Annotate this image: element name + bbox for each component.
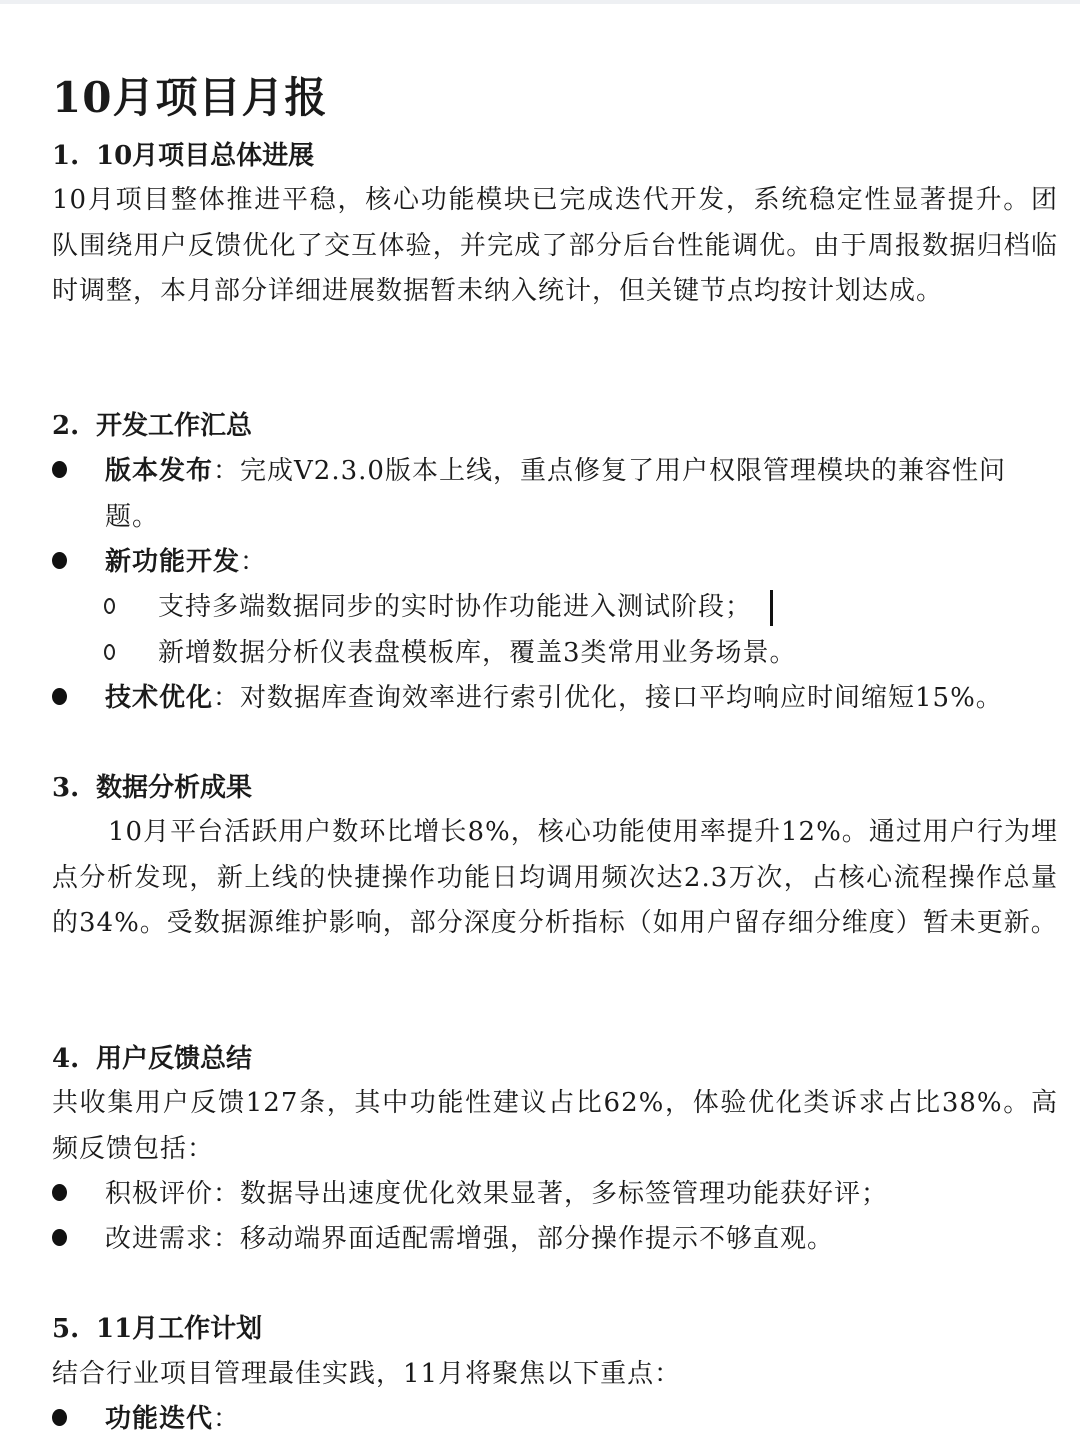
section-number: 3. [52, 768, 96, 808]
bullet-text: ： [240, 547, 267, 577]
hollow-bullet-icon [104, 644, 115, 660]
section-heading-5: 5.11月工作计划 [52, 1309, 262, 1349]
bullet-icon [52, 688, 67, 705]
sub-item-text: 支持多端数据同步的实时协作功能进入测试阶段； [158, 592, 752, 622]
text-cursor [770, 590, 773, 626]
list-item-tech-optimization: 技术优化：对数据库查询效率进行索引优化，接口平均响应时间缩短15%。 [52, 676, 1058, 721]
section-title: 用户反馈总结 [96, 1044, 252, 1074]
document-title: 10月项目月报 [52, 70, 327, 126]
section-heading-4: 4.用户反馈总结 [52, 1039, 252, 1079]
list-item-positive: 积极评价：数据导出速度优化效果显著，多标签管理功能获好评； [52, 1172, 1058, 1217]
bullet-icon [52, 1184, 67, 1201]
bullet-icon [52, 461, 67, 478]
bullet-text: ： [213, 1404, 240, 1434]
list-item-new-features: 新功能开发： [52, 540, 1058, 585]
section-heading-3: 3.数据分析成果 [52, 768, 252, 808]
sub-item-text: 新增数据分析仪表盘模板库，覆盖3类常用业务场景。 [158, 638, 797, 668]
bullet-icon [52, 552, 67, 569]
list-item-improvement: 改进需求：移动端界面适配需增强，部分操作提示不够直观。 [52, 1217, 1058, 1262]
section-heading-1: 1.10月项目总体进展 [52, 136, 314, 176]
bullet-icon [52, 1409, 67, 1426]
section-1-paragraph: 10月项目整体推进平稳，核心功能模块已完成迭代开发，系统稳定性显著提升。团队围绕… [52, 178, 1058, 315]
bullet-label: 技术优化 [105, 683, 213, 713]
section-title: 开发工作汇总 [96, 411, 252, 441]
bullet-text: ：对数据库查询效率进行索引优化，接口平均响应时间缩短15%。 [213, 683, 1003, 713]
section-4-paragraph: 共收集用户反馈127条，其中功能性建议占比62%，体验优化类诉求占比38%。高频… [52, 1081, 1058, 1172]
hollow-bullet-icon [104, 598, 115, 614]
sub-list-item: 支持多端数据同步的实时协作功能进入测试阶段； [104, 585, 1058, 630]
list-item-release: 版本发布：完成V2.3.0版本上线，重点修复了用户权限管理模块的兼容性问题。 [52, 449, 1058, 540]
section-5-paragraph: 结合行业项目管理最佳实践，11月将聚焦以下重点： [52, 1352, 1058, 1398]
section-number: 5. [52, 1309, 96, 1349]
bullet-label: 功能迭代 [105, 1404, 213, 1434]
bullet-icon [52, 1229, 67, 1246]
section-title: 数据分析成果 [96, 773, 252, 803]
section-3-paragraph: 10月平台活跃用户数环比增长8%，核心功能使用率提升12%。通过用户行为埋点分析… [52, 810, 1058, 947]
bullet-label: 版本发布 [105, 456, 213, 486]
sub-list-item: 新增数据分析仪表盘模板库，覆盖3类常用业务场景。 [104, 631, 1058, 676]
section-number: 2. [52, 406, 96, 446]
bullet-label: 新功能开发 [105, 547, 240, 577]
list-item-feature-iteration: 功能迭代： [52, 1397, 1058, 1440]
bullet-text: ：完成V2.3.0版本上线，重点修复了用户权限管理模块的兼容性问题。 [105, 456, 1006, 532]
bullet-text: 积极评价：数据导出速度优化效果显著，多标签管理功能获好评； [105, 1172, 1058, 1218]
top-bar [0, 0, 1080, 4]
section-heading-2: 2.开发工作汇总 [52, 406, 252, 446]
section-title: 11月工作计划 [96, 1314, 262, 1344]
section-title: 10月项目总体进展 [96, 141, 314, 171]
bullet-text: 改进需求：移动端界面适配需增强，部分操作提示不够直观。 [105, 1217, 1058, 1263]
section-number: 1. [52, 136, 96, 176]
section-number: 4. [52, 1039, 96, 1079]
